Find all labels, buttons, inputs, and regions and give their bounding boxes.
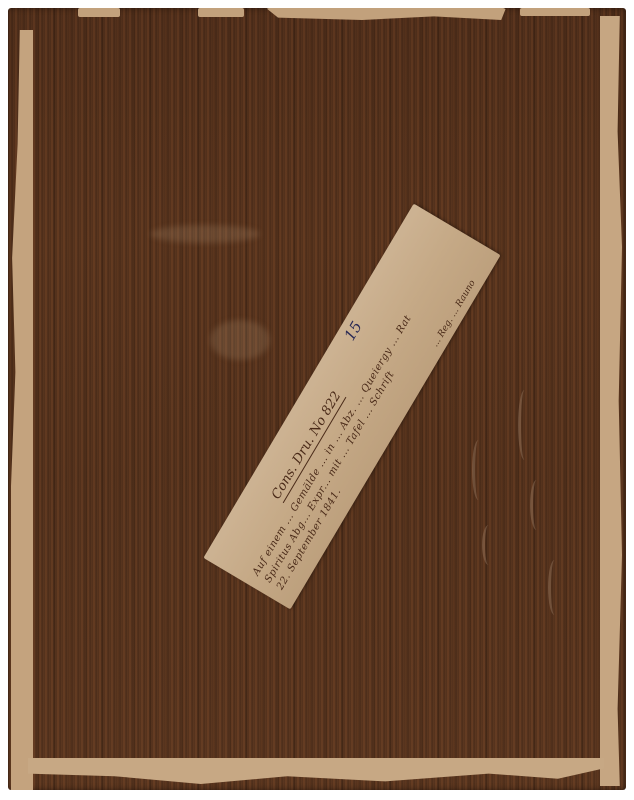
panel-edge-top-chip	[198, 8, 244, 17]
wood-light-streak	[210, 320, 270, 360]
wood-grain-figure	[530, 480, 543, 530]
wood-grain-figure	[548, 560, 561, 615]
panel-edge-top-chip	[78, 8, 120, 17]
wood-light-streak	[150, 225, 260, 243]
label-inventory-number: 15	[341, 318, 366, 344]
wood-grain-figure	[482, 525, 495, 565]
panel-edge-top-chip	[266, 8, 506, 20]
wood-grain-figure	[518, 390, 531, 460]
panel-edge-top-chip	[520, 8, 590, 16]
wood-grain-figure	[472, 440, 485, 500]
